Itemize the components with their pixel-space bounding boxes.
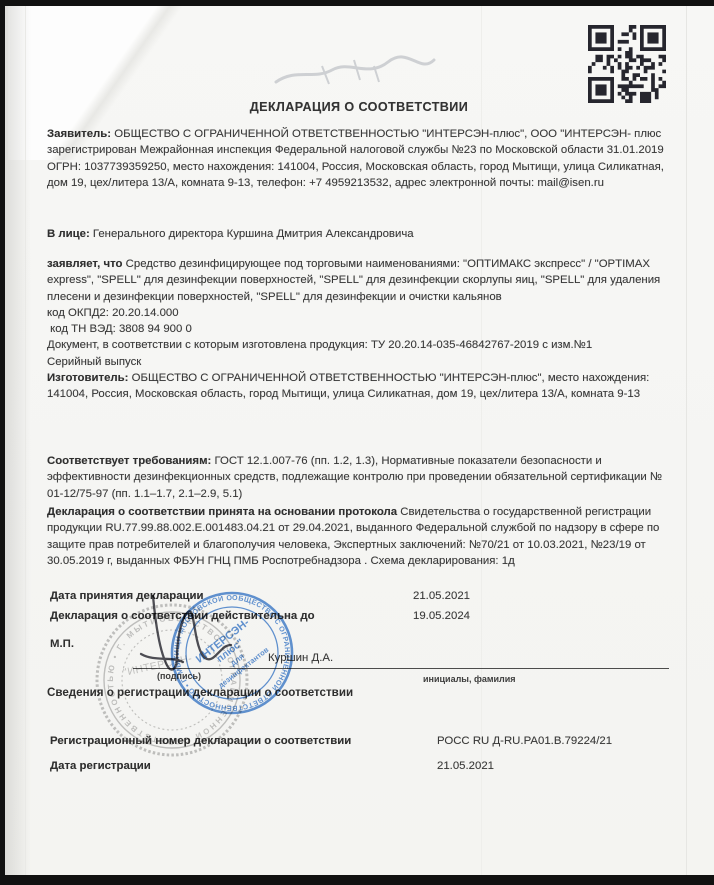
paragraph-text-run: ОБЩЕСТВО С ОГРАНИЧЕННОЙ ОТВЕТСТВЕННОСТЬЮ… (47, 128, 667, 189)
applicant-paragraph: Заявитель: ОБЩЕСТВО С ОГРАНИЧЕННОЙ ОТВЕТ… (47, 126, 673, 191)
field-value: 19.05.2024 (413, 608, 470, 625)
declaration-subject-paragraph: заявляет, что Средство дезинфицирующее п… (47, 256, 673, 403)
paragraph-bold-run: Декларация о соответствии принята на осн… (47, 506, 397, 518)
paragraph-text-run: Средство дезинфицирующее под торговыми н… (47, 258, 663, 368)
representative-paragraph: В лице: Генерального директора Куршина Д… (47, 226, 673, 242)
paragraph-bold-run: Заявитель: (47, 128, 111, 140)
paragraph-text-run: Генерального директора Куршина Дмитрия А… (90, 228, 414, 240)
paragraph-bold-run: заявляет, что (47, 258, 122, 270)
field-value: 21.05.2021 (413, 588, 470, 605)
seal-place-label: М.П. (50, 638, 74, 650)
paragraph-bold-run: Соответствует требованиям: (47, 455, 211, 467)
field-label: Дата регистрации (50, 758, 151, 775)
scan-edge-left (0, 0, 5, 885)
field-value: 21.05.2021 (437, 758, 494, 775)
paragraph-bold-run: Изготовитель: (47, 372, 128, 384)
scan-edge-bottom (0, 875, 714, 885)
scan-edge-top (0, 0, 714, 6)
initials-caption: инициалы, фамилия (423, 674, 516, 684)
basis-paragraph: Декларация о соответствии принята на осн… (47, 504, 673, 569)
field-row-registration-date: Дата регистрации 21.05.2021 (50, 758, 690, 775)
paragraph-text-run: ОБЩЕСТВО С ОГРАНИЧЕННОЙ ОТВЕТСТВЕННОСТЬЮ… (47, 372, 652, 400)
field-value: РОСС RU Д-RU.РА01.В.79224/21 (437, 733, 612, 750)
handwritten-signature (125, 588, 255, 680)
requirements-paragraph: Соответствует требованиям: ГОСТ 12.1.007… (47, 453, 673, 502)
scanned-declaration-page: ДЕКЛАРАЦИЯ О СООТВЕТСТВИИ Заявитель: ОБЩ… (0, 0, 714, 885)
paragraph-bold-run: В лице: (47, 228, 90, 240)
